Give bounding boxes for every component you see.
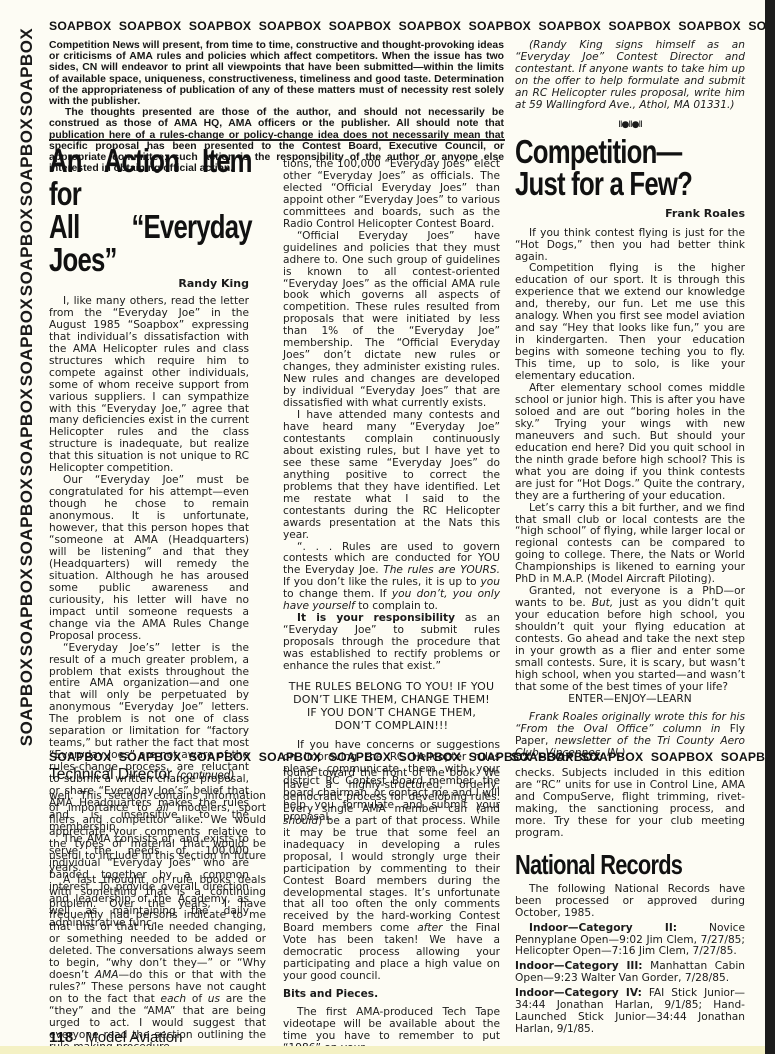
article-quote: “. . . Rules are used to govern contests… <box>283 542 500 614</box>
scan-bottom-tint <box>0 1046 765 1054</box>
article-paragraph: It is your responsibility as an “Everyda… <box>283 613 500 673</box>
national-record-entry: Indoor—Category II: Novice Pennyplane Op… <box>515 923 745 959</box>
soapbox-vertical-word: SOAPBOX <box>14 570 40 654</box>
article-paragraph: Let’s carry this a bit further, and we f… <box>515 503 745 587</box>
tech-director-column1: Technical Director (continued) well. Thi… <box>49 769 266 1054</box>
article-paragraph: After elementary school comes middle sch… <box>515 383 745 503</box>
article-paragraph: “Official Everyday Joes” have guidelines… <box>283 231 500 410</box>
article-paragraph: I, like many others, read the letter fro… <box>49 296 249 475</box>
page-footer: 118Model Aviation <box>49 1029 183 1046</box>
soapbox-vertical-word: SOAPBOX <box>14 30 40 114</box>
scan-dark-edge <box>765 0 775 1054</box>
right-column: (Randy King signs himself as an “Everyda… <box>515 40 745 760</box>
magazine-page: SOAPBOX SOAPBOX SOAPBOX SOAPBOX SOAPBOX … <box>0 0 765 1054</box>
soapbox-banner-mid-left: SOAPBOX SOAPBOX SOAPBOX SOAPBOX SOAPBOX … <box>49 750 509 764</box>
article1-editor-note: (Randy King signs himself as an “Everyda… <box>515 40 745 112</box>
soapbox-vertical-word: SOAPBOX <box>14 210 40 294</box>
article-paragraph: tions, the 100,000 “Everyday Joes” elect… <box>283 159 500 231</box>
article-paragraph: Granted, not everyone is a PhD—or wants … <box>515 586 745 694</box>
soapbox-vertical-word: SOAPBOX <box>14 660 40 744</box>
article2-title-line2: Just for a Few? <box>515 168 749 200</box>
publication-name: Model Aviation <box>85 1029 182 1046</box>
national-record-entry: Indoor—Category IV: FAI Stick Junior—34:… <box>515 988 745 1036</box>
article1-title-line2: All “Everyday Joes” <box>49 210 252 276</box>
article2-byline: Frank Roales <box>515 208 745 220</box>
section-divider-rule <box>49 139 505 141</box>
national-records-intro: The following National Records have been… <box>515 884 745 920</box>
disclaimer-paragraph: Competition News will present, from time… <box>49 40 504 107</box>
soapbox-vertical-word: SOAPBOX <box>14 480 40 564</box>
article-paragraph: I have attended many contests and have h… <box>283 410 500 541</box>
article-paragraph: A last thought on rule books deals with … <box>49 875 266 1054</box>
article2-motto: ENTER—ENJOY—LEARN <box>515 694 745 706</box>
bits-and-pieces-heading: Bits and Pieces. <box>283 989 500 1001</box>
article1-column2: tions, the 100,000 “Everyday Joes” elect… <box>283 159 500 824</box>
soapbox-vertical-word: SOAPBOX <box>14 390 40 474</box>
article-paragraph: checks. Subjects included in this editio… <box>515 768 745 840</box>
soapbox-vertical-word: SOAPBOX <box>14 300 40 384</box>
page-number: 118 <box>49 1029 73 1046</box>
soapbox-vertical-strip: SOAPBOX SOAPBOX SOAPBOX SOAPBOX SOAPBOX … <box>14 30 40 750</box>
article2-title-line1: Competition— <box>515 136 749 168</box>
article1-callout: THE RULES BELONG TO YOU! IF YOU DON’T LI… <box>283 680 500 732</box>
article1-byline: Randy King <box>49 278 249 290</box>
article1-title-line1: An Action Item for <box>49 144 252 210</box>
section-divider-glyph: II●II●II <box>515 120 745 132</box>
national-record-entry: Indoor—Category III: Manhattan Cabin Ope… <box>515 961 745 985</box>
article-paragraph: Our “Everyday Joe” must be congratulated… <box>49 475 249 642</box>
article-paragraph: Competition flying is the higher educati… <box>515 263 745 383</box>
right-column-lower: checks. Subjects included in this editio… <box>515 768 745 1036</box>
article1-title: An Action Item for All “Everyday Joes” <box>49 144 252 276</box>
soapbox-banner-mid-right: SOAPBOX SOAPBOX SOAPBOX SOAPBOX <box>511 750 741 764</box>
article-paragraph: found toward the front of the book. We h… <box>283 768 500 983</box>
article-paragraph: If you think contest flying is just for … <box>515 228 745 264</box>
national-records-title: National Records <box>515 850 749 880</box>
tech-director-heading: Technical Director (continued) <box>49 769 266 783</box>
soapbox-banner-top: SOAPBOX SOAPBOX SOAPBOX SOAPBOX SOAPBOX … <box>49 19 709 33</box>
tech-director-column2: found toward the front of the book. We h… <box>283 768 500 1054</box>
national-records-title-wrap: National Records <box>515 850 749 880</box>
soapbox-vertical-word: SOAPBOX <box>14 120 40 204</box>
article2-title: Competition— Just for a Few? <box>515 136 749 200</box>
article-paragraph: well. This section contains information … <box>49 791 266 875</box>
